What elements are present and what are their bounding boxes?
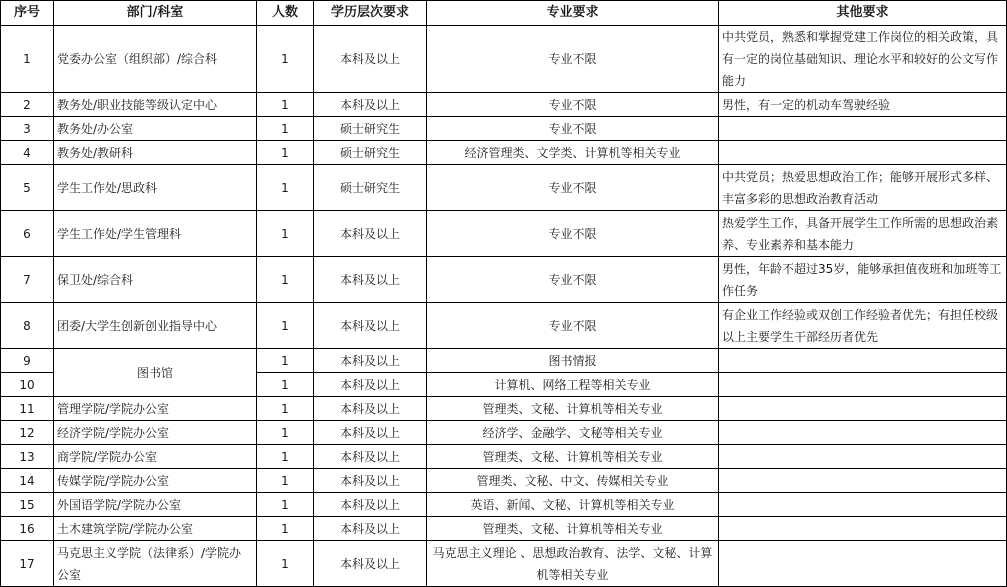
cell-major: 专业不限 bbox=[427, 303, 719, 349]
cell-major: 计算机、网络工程等相关专业 bbox=[427, 373, 719, 397]
table-header-row: 序号 部门/科室 人数 学历层次要求 专业要求 其他要求 bbox=[1, 1, 1007, 26]
cell-seq: 11 bbox=[1, 397, 54, 421]
cell-other bbox=[719, 421, 1007, 445]
cell-other bbox=[719, 541, 1007, 587]
cell-major: 管理类、文秘、计算机等相关专业 bbox=[427, 397, 719, 421]
cell-count: 1 bbox=[257, 373, 314, 397]
cell-other bbox=[719, 445, 1007, 469]
cell-other: 中共党员；热爱思想政治工作；能够开展形式多样、丰富多彩的思想政治教育活动 bbox=[719, 165, 1007, 211]
cell-major: 管理类、文秘、计算机等相关专业 bbox=[427, 445, 719, 469]
cell-education: 本科及以上 bbox=[314, 445, 427, 469]
cell-major: 专业不限 bbox=[427, 165, 719, 211]
cell-education: 本科及以上 bbox=[314, 469, 427, 493]
cell-count: 1 bbox=[257, 26, 314, 93]
cell-seq: 5 bbox=[1, 165, 54, 211]
table-row: 13 商学院/学院办公室 1 本科及以上 管理类、文秘、计算机等相关专业 bbox=[1, 445, 1007, 469]
cell-major: 英语、新闻、文秘、计算机等相关专业 bbox=[427, 493, 719, 517]
cell-dept-merged: 图书馆 bbox=[54, 349, 257, 397]
cell-count: 1 bbox=[257, 93, 314, 117]
table-row: 2 教务处/职业技能等级认定中心 1 本科及以上 专业不限 男性，有一定的机动车… bbox=[1, 93, 1007, 117]
cell-other bbox=[719, 373, 1007, 397]
cell-education: 硕士研究生 bbox=[314, 117, 427, 141]
cell-seq: 2 bbox=[1, 93, 54, 117]
cell-seq: 7 bbox=[1, 257, 54, 303]
table-row: 12 经济学院/学院办公室 1 本科及以上 经济学、金融学、文秘等相关专业 bbox=[1, 421, 1007, 445]
table-row: 4 教务处/教研科 1 硕士研究生 经济管理类、文学类、计算机等相关专业 bbox=[1, 141, 1007, 165]
cell-education: 本科及以上 bbox=[314, 211, 427, 257]
table-row: 16 土木建筑学院/学院办公室 1 本科及以上 管理类、文秘、计算机等相关专业 bbox=[1, 517, 1007, 541]
cell-dept: 教务处/教研科 bbox=[54, 141, 257, 165]
cell-count: 1 bbox=[257, 165, 314, 211]
table-row: 17 马克思主义学院（法律系）/学院办公室 1 本科及以上 马克思主义理论 、思… bbox=[1, 541, 1007, 587]
cell-seq: 3 bbox=[1, 117, 54, 141]
cell-count: 1 bbox=[257, 445, 314, 469]
cell-dept: 马克思主义学院（法律系）/学院办公室 bbox=[54, 541, 257, 587]
cell-major: 专业不限 bbox=[427, 26, 719, 93]
table-row: 3 教务处/办公室 1 硕士研究生 专业不限 bbox=[1, 117, 1007, 141]
cell-count: 1 bbox=[257, 541, 314, 587]
header-count: 人数 bbox=[257, 1, 314, 26]
table-row: 15 外国语学院/学院办公室 1 本科及以上 英语、新闻、文秘、计算机等相关专业 bbox=[1, 493, 1007, 517]
cell-count: 1 bbox=[257, 421, 314, 445]
table-row: 7 保卫处/综合科 1 本科及以上 专业不限 男性，年龄不超过35岁，能够承担值… bbox=[1, 257, 1007, 303]
cell-dept: 教务处/办公室 bbox=[54, 117, 257, 141]
header-other: 其他要求 bbox=[719, 1, 1007, 26]
cell-dept: 党委办公室（组织部）/综合科 bbox=[54, 26, 257, 93]
cell-other bbox=[719, 517, 1007, 541]
cell-other bbox=[719, 397, 1007, 421]
table-row: 6 学生工作处/学生管理科 1 本科及以上 专业不限 热爱学生工作，具备开展学生… bbox=[1, 211, 1007, 257]
cell-seq: 14 bbox=[1, 469, 54, 493]
cell-count: 1 bbox=[257, 303, 314, 349]
cell-major: 经济管理类、文学类、计算机等相关专业 bbox=[427, 141, 719, 165]
cell-major: 图书情报 bbox=[427, 349, 719, 373]
cell-other bbox=[719, 117, 1007, 141]
cell-other bbox=[719, 493, 1007, 517]
cell-dept: 团委/大学生创新创业指导中心 bbox=[54, 303, 257, 349]
cell-major: 专业不限 bbox=[427, 117, 719, 141]
cell-count: 1 bbox=[257, 117, 314, 141]
cell-education: 本科及以上 bbox=[314, 303, 427, 349]
cell-other: 中共党员，熟悉和掌握党建工作岗位的相关政策，具有一定的岗位基础知识、理论水平和较… bbox=[719, 26, 1007, 93]
cell-dept: 管理学院/学院办公室 bbox=[54, 397, 257, 421]
cell-dept: 保卫处/综合科 bbox=[54, 257, 257, 303]
cell-major: 专业不限 bbox=[427, 257, 719, 303]
cell-dept: 学生工作处/思政科 bbox=[54, 165, 257, 211]
cell-count: 1 bbox=[257, 517, 314, 541]
cell-education: 本科及以上 bbox=[314, 397, 427, 421]
cell-education: 本科及以上 bbox=[314, 373, 427, 397]
cell-major: 经济学、金融学、文秘等相关专业 bbox=[427, 421, 719, 445]
cell-education: 硕士研究生 bbox=[314, 141, 427, 165]
cell-seq: 9 bbox=[1, 349, 54, 373]
cell-dept: 土木建筑学院/学院办公室 bbox=[54, 517, 257, 541]
cell-seq: 12 bbox=[1, 421, 54, 445]
header-education: 学历层次要求 bbox=[314, 1, 427, 26]
cell-education: 本科及以上 bbox=[314, 421, 427, 445]
cell-count: 1 bbox=[257, 141, 314, 165]
cell-major: 专业不限 bbox=[427, 93, 719, 117]
cell-count: 1 bbox=[257, 469, 314, 493]
cell-seq: 16 bbox=[1, 517, 54, 541]
table-row: 14 传媒学院/学院办公室 1 本科及以上 管理类、文秘、中文、传媒相关专业 bbox=[1, 469, 1007, 493]
cell-other: 男性，年龄不超过35岁，能够承担值夜班和加班等工作任务 bbox=[719, 257, 1007, 303]
header-dept: 部门/科室 bbox=[54, 1, 257, 26]
cell-other: 热爱学生工作，具备开展学生工作所需的思想政治素养、专业素养和基本能力 bbox=[719, 211, 1007, 257]
cell-education: 本科及以上 bbox=[314, 541, 427, 587]
table-row: 1 党委办公室（组织部）/综合科 1 本科及以上 专业不限 中共党员，熟悉和掌握… bbox=[1, 26, 1007, 93]
cell-education: 本科及以上 bbox=[314, 26, 427, 93]
cell-dept: 商学院/学院办公室 bbox=[54, 445, 257, 469]
cell-seq: 10 bbox=[1, 373, 54, 397]
cell-education: 本科及以上 bbox=[314, 517, 427, 541]
cell-education: 硕士研究生 bbox=[314, 165, 427, 211]
cell-education: 本科及以上 bbox=[314, 257, 427, 303]
cell-major: 管理类、文秘、计算机等相关专业 bbox=[427, 517, 719, 541]
cell-seq: 1 bbox=[1, 26, 54, 93]
cell-dept: 教务处/职业技能等级认定中心 bbox=[54, 93, 257, 117]
header-major: 专业要求 bbox=[427, 1, 719, 26]
table-row: 5 学生工作处/思政科 1 硕士研究生 专业不限 中共党员；热爱思想政治工作；能… bbox=[1, 165, 1007, 211]
table-row: 9 图书馆 1 本科及以上 图书情报 bbox=[1, 349, 1007, 373]
cell-other: 男性，有一定的机动车驾驶经验 bbox=[719, 93, 1007, 117]
cell-seq: 13 bbox=[1, 445, 54, 469]
cell-count: 1 bbox=[257, 493, 314, 517]
cell-count: 1 bbox=[257, 397, 314, 421]
cell-dept: 传媒学院/学院办公室 bbox=[54, 469, 257, 493]
table-row: 11 管理学院/学院办公室 1 本科及以上 管理类、文秘、计算机等相关专业 bbox=[1, 397, 1007, 421]
cell-other bbox=[719, 349, 1007, 373]
cell-other bbox=[719, 469, 1007, 493]
cell-education: 本科及以上 bbox=[314, 493, 427, 517]
cell-count: 1 bbox=[257, 349, 314, 373]
header-seq: 序号 bbox=[1, 1, 54, 26]
cell-other bbox=[719, 141, 1007, 165]
cell-dept: 外国语学院/学院办公室 bbox=[54, 493, 257, 517]
cell-education: 本科及以上 bbox=[314, 93, 427, 117]
cell-dept: 经济学院/学院办公室 bbox=[54, 421, 257, 445]
cell-education: 本科及以上 bbox=[314, 349, 427, 373]
cell-seq: 15 bbox=[1, 493, 54, 517]
cell-major: 马克思主义理论 、思想政治教育、法学、文秘、计算机等相关专业 bbox=[427, 541, 719, 587]
cell-seq: 4 bbox=[1, 141, 54, 165]
cell-seq: 6 bbox=[1, 211, 54, 257]
cell-major: 管理类、文秘、中文、传媒相关专业 bbox=[427, 469, 719, 493]
recruitment-table: 序号 部门/科室 人数 学历层次要求 专业要求 其他要求 1 党委办公室（组织部… bbox=[0, 0, 1007, 587]
cell-count: 1 bbox=[257, 211, 314, 257]
cell-other: 有企业工作经验或双创工作经验者优先；有担任校级以上主要学生干部经历者优先 bbox=[719, 303, 1007, 349]
cell-dept: 学生工作处/学生管理科 bbox=[54, 211, 257, 257]
cell-seq: 17 bbox=[1, 541, 54, 587]
cell-major: 专业不限 bbox=[427, 211, 719, 257]
cell-count: 1 bbox=[257, 257, 314, 303]
table-row: 8 团委/大学生创新创业指导中心 1 本科及以上 专业不限 有企业工作经验或双创… bbox=[1, 303, 1007, 349]
cell-seq: 8 bbox=[1, 303, 54, 349]
